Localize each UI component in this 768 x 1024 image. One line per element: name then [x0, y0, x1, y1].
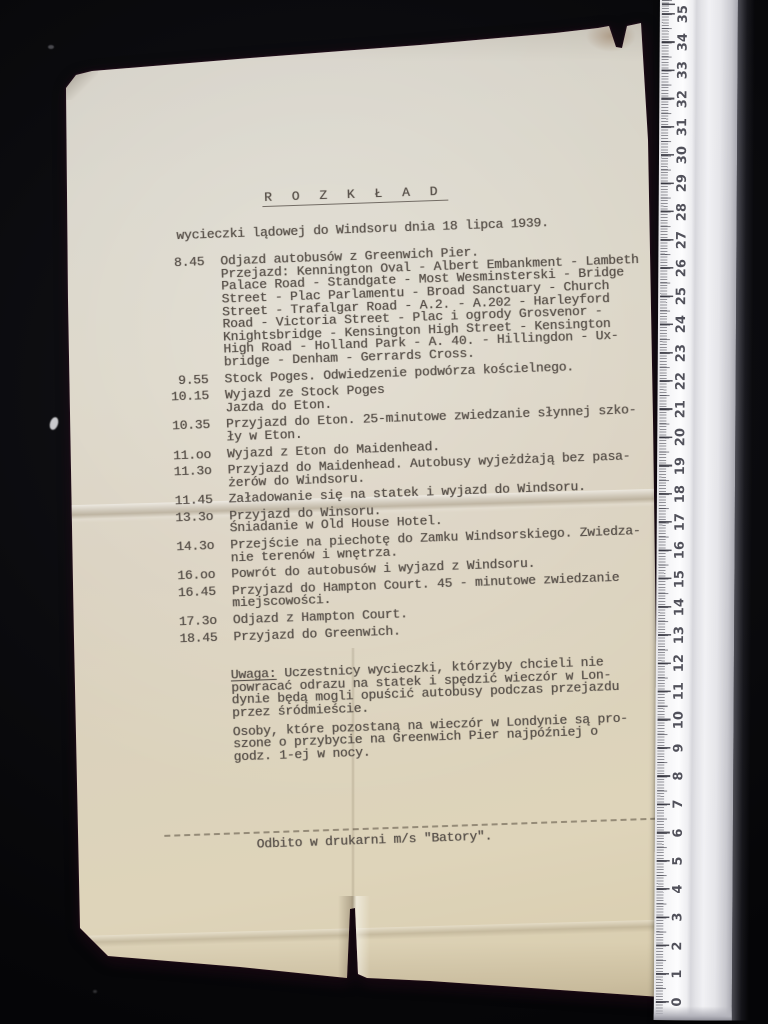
- ruler-number: 32: [673, 87, 693, 111]
- ruler-number: 35: [674, 2, 694, 26]
- ruler-number: 27: [672, 228, 692, 252]
- paper-stain: [586, 20, 636, 52]
- folded-corner: [64, 70, 98, 100]
- schedule-time: 16.oo: [163, 569, 215, 583]
- ruler-number: 18: [671, 482, 691, 506]
- schedule-time: 10.15: [157, 390, 210, 417]
- schedule-time: 11.45: [160, 494, 212, 508]
- ruler-number: 4: [668, 877, 688, 901]
- schedule-row: 8.45Odjazd autobusów z Greenwich Pier. P…: [152, 240, 676, 371]
- ruler-number: 20: [671, 425, 691, 449]
- ruler-number: 14: [670, 595, 690, 619]
- schedule-time: 11.3o: [159, 465, 212, 492]
- photo-background: R O Z K Ł A D wycieczki lądowej do Winds…: [0, 0, 768, 1024]
- ruler-number: 31: [673, 115, 693, 139]
- schedule-time: 16.45: [164, 586, 217, 613]
- document-title: R O Z K Ł A D: [262, 186, 449, 207]
- paper-tear: [338, 896, 370, 984]
- ruler-number: 2: [668, 934, 688, 958]
- schedule-time: 8.45: [152, 256, 208, 371]
- ruler-number: 28: [673, 200, 693, 224]
- paper-document: R O Z K Ł A D wycieczki lądowej do Winds…: [0, 0, 768, 1024]
- schedule-time: 18.45: [165, 632, 217, 646]
- note-text: Uczestnicy wycieczki, którzyby chcieli n…: [231, 655, 619, 721]
- printer-credit: Odbito w drukarni m/s "Batory".: [257, 824, 693, 852]
- ruler: 3534333231302928272625242322212019181716…: [654, 0, 756, 1021]
- ruler-number: 22: [672, 369, 692, 393]
- schedule-time: 13.3o: [161, 511, 214, 538]
- schedule-time: 11.oo: [159, 449, 211, 463]
- ruler-number: 6: [669, 821, 689, 845]
- ruler-number: 1: [668, 962, 688, 986]
- ruler-number: 15: [670, 567, 690, 591]
- schedule-time: 10.35: [158, 419, 211, 446]
- ruler-number: 9: [669, 736, 689, 760]
- ruler-number: 5: [669, 849, 689, 873]
- schedule-description: Wyjazd ze Stock Poges Jazda do Eton.: [225, 384, 385, 415]
- schedule-time: 14.3o: [162, 540, 215, 567]
- ruler-number: 21: [671, 397, 691, 421]
- ruler-number: 13: [670, 623, 690, 647]
- ruler-number: 8: [669, 764, 689, 788]
- ruler-number: 11: [670, 680, 690, 704]
- ruler-number: 26: [672, 256, 692, 280]
- ruler-number: 24: [672, 313, 692, 337]
- schedule-list: 8.45Odjazd autobusów z Greenwich Pier. P…: [152, 240, 685, 646]
- schedule-time: 9.55: [156, 374, 208, 388]
- schedule-description: Przyjazd do Greenwich.: [233, 625, 401, 643]
- ruler-number: 3: [668, 905, 688, 929]
- ruler-number: 12: [670, 651, 690, 675]
- document-subtitle: wycieczki lądowej do Windsoru dnia 18 li…: [176, 212, 671, 242]
- ruler-number: 19: [671, 454, 691, 478]
- note-paragraph: Uwaga:Uczestnicy wycieczki, którzyby chc…: [231, 654, 678, 720]
- ruler-number: 25: [672, 284, 692, 308]
- ruler-number: 29: [673, 171, 693, 195]
- ruler-number: 16: [671, 538, 691, 562]
- ruler-number: 23: [672, 341, 692, 365]
- note2-paragraph: Osoby, które pozostaną na wieczór w Lond…: [233, 710, 680, 763]
- ruler-number: 30: [673, 143, 693, 167]
- ruler-number: 10: [669, 708, 689, 732]
- ruler-end-cap: [654, 1006, 732, 1020]
- schedule-time: 17.3o: [165, 615, 217, 629]
- document-content: R O Z K Ł A D wycieczki lądowej do Winds…: [150, 178, 693, 855]
- ruler-number: 34: [674, 30, 694, 54]
- paper-sheet: R O Z K Ł A D wycieczki lądowej do Winds…: [0, 0, 768, 1024]
- ruler-number: 7: [669, 792, 689, 816]
- schedule-description: Odjazd autobusów z Greenwich Pier. Przej…: [220, 241, 642, 369]
- ruler-number: 33: [673, 58, 693, 82]
- ruler-number: 17: [671, 510, 691, 534]
